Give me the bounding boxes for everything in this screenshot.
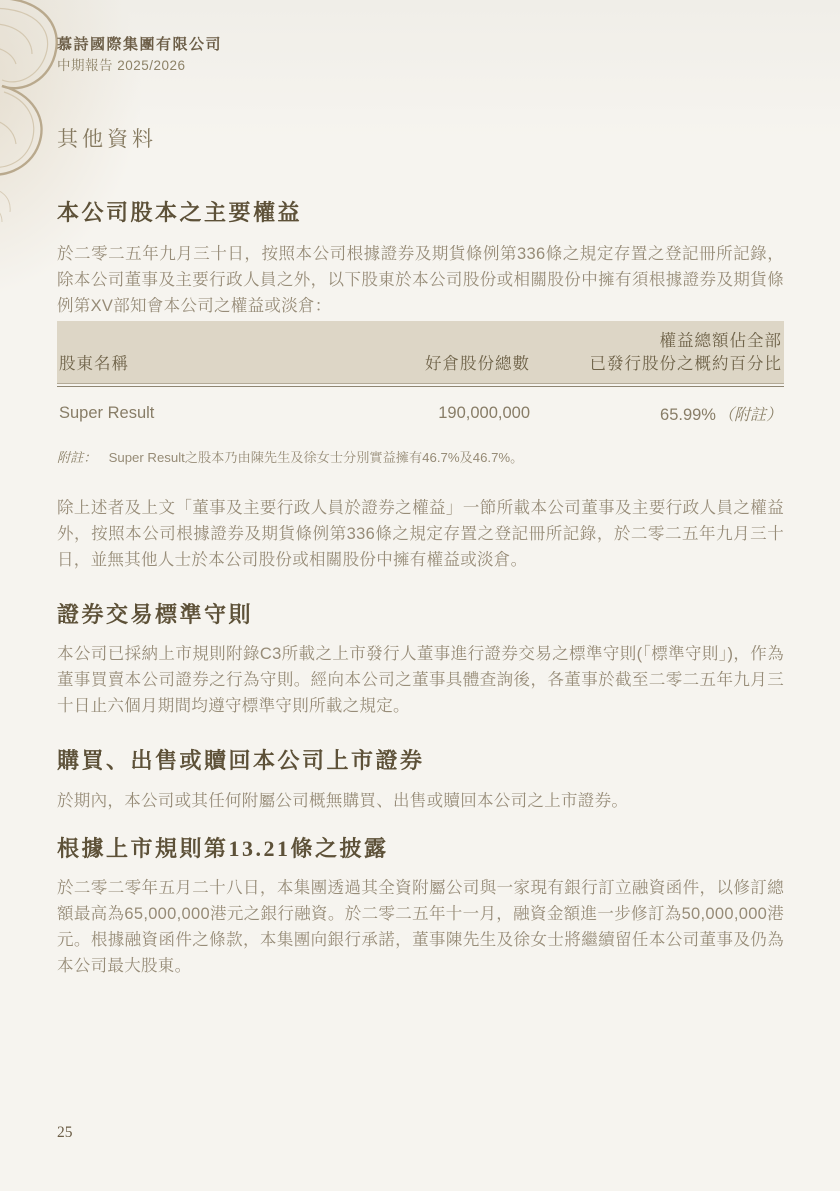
page-content: 慕詩國際集團有限公司 中期報告 2025/2026 其他資料 本公司股本之主要權… <box>57 0 784 979</box>
heading-principal-interests: 本公司股本之主要權益 <box>57 198 784 228</box>
cell-percentage: 65.99%（附註） <box>530 402 782 425</box>
paragraph-interests-closing: 除上述者及上文「董事及主要行政人員於證券之權益」一節所載本公司董事及主要行政人員… <box>57 495 784 573</box>
column-header-percentage-line2: 已發行股份之概約百分比 <box>590 355 783 373</box>
column-header-percentage: 權益總額佔全部 已發行股份之概約百分比 <box>530 330 782 376</box>
column-header-percentage-line1: 權益總額佔全部 <box>660 332 783 350</box>
paragraph-model-code: 本公司已採納上市規則附錄C3所載之上市發行人董事進行證券交易之標準守則(「標準守… <box>57 641 784 719</box>
company-name: 慕詩國際集團有限公司 <box>57 36 784 54</box>
heading-model-code: 證券交易標準守則 <box>57 600 784 630</box>
table-row: Super Result 190,000,000 65.99%（附註） <box>57 387 784 437</box>
report-title: 中期報告 2025/2026 <box>57 57 784 74</box>
paragraph-purchase-sale-redemption: 於期內，本公司或其任何附屬公司概無購買、出售或贖回本公司之上市證券。 <box>57 788 784 814</box>
column-header-shareholder-name: 股東名稱 <box>59 353 345 376</box>
paragraph-rule-13-21: 於二零二零年五月二十八日，本集團透過其全資附屬公司與一家現有銀行訂立融資函件，以… <box>57 875 784 979</box>
footnote-label: 附註： <box>57 450 97 465</box>
paragraph-interests-intro: 於二零二五年九月三十日，按照本公司根據證券及期貨條例第336條之規定存置之登記冊… <box>57 241 784 319</box>
report-page: 慕詩國際集團有限公司 中期報告 2025/2026 其他資料 本公司股本之主要權… <box>0 0 840 1191</box>
note-reference: （附註） <box>716 407 782 424</box>
percentage-value: 65.99% <box>660 406 716 424</box>
section-label: 其他資料 <box>57 125 784 153</box>
cell-shares: 190,000,000 <box>345 404 530 423</box>
column-header-long-position-shares: 好倉股份總數 <box>345 353 530 376</box>
shareholders-table: 股東名稱 好倉股份總數 權益總額佔全部 已發行股份之概約百分比 Super Re… <box>57 321 784 437</box>
table-header-row: 股東名稱 好倉股份總數 權益總額佔全部 已發行股份之概約百分比 <box>57 321 784 384</box>
heading-rule-13-21-disclosure: 根據上市規則第13.21條之披露 <box>57 834 784 864</box>
footnote-text: Super Result之股本乃由陳先生及徐女士分別實益擁有46.7%及46.7… <box>109 450 524 465</box>
footnote: 附註：Super Result之股本乃由陳先生及徐女士分別實益擁有46.7%及4… <box>57 449 784 467</box>
heading-purchase-sale-redemption: 購買、出售或贖回本公司上市證券 <box>57 746 784 776</box>
cell-shareholder-name: Super Result <box>59 404 345 423</box>
page-number: 25 <box>57 1124 73 1142</box>
